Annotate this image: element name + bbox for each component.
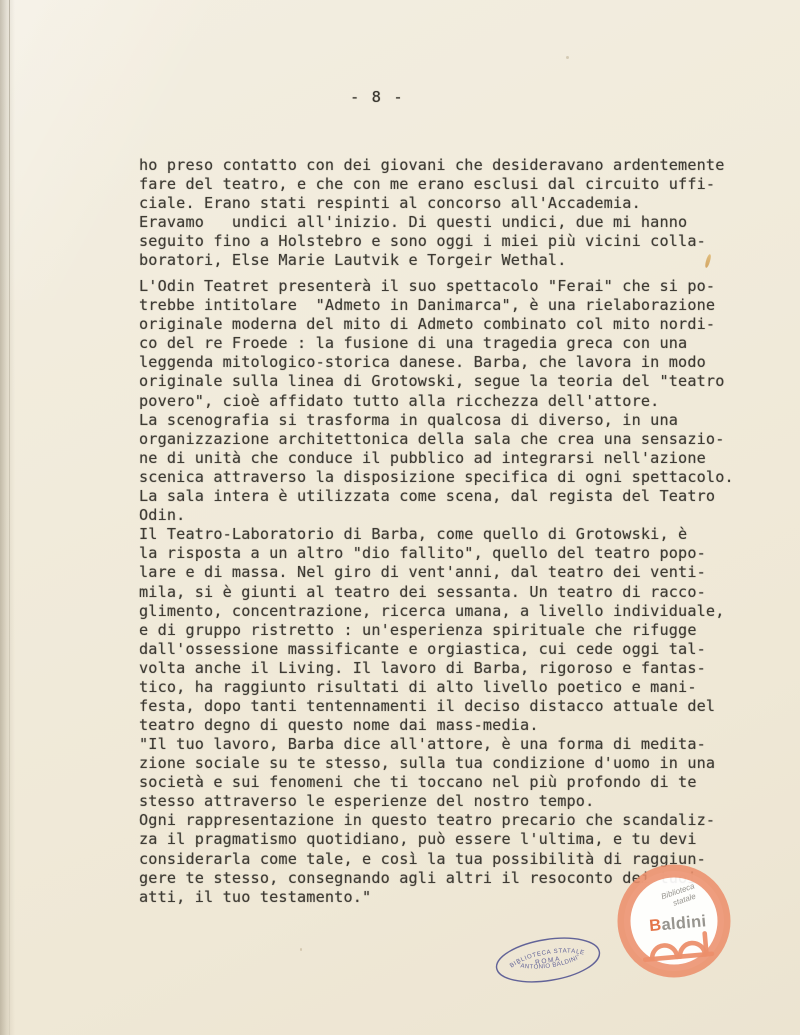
text-line: La scenografia si trasforma in qualcosa … <box>139 411 759 430</box>
text-line: seguito fino a Holstebro e sono oggi i m… <box>139 232 759 251</box>
baldini-library-logo: Biblioteca statale Baldini <box>616 863 733 980</box>
paper-crease <box>9 0 10 1035</box>
text-line: ne di unità che conduce il pubblico ad i… <box>139 449 759 468</box>
text-line: dall'ossessione massificante e orgiastic… <box>139 640 759 659</box>
text-line: società e sui fenomeni che ti toccano ne… <box>139 773 759 792</box>
text-line: originale sulla linea di Grotowski, segu… <box>139 372 759 391</box>
ink-speck <box>300 948 302 951</box>
text-line: leggenda mitologico-storica danese. Barb… <box>139 353 759 372</box>
text-line: fare del teatro, e che con me erano escl… <box>139 175 759 194</box>
text-line: organizzazione architettonica della sala… <box>139 430 759 449</box>
text-line: originale moderna del mito di Admeto com… <box>139 315 759 334</box>
text-line: Il Teatro-Laboratorio di Barba, come que… <box>139 525 759 544</box>
text-line: boratori, Else Marie Lautvik e Torgeir W… <box>139 251 759 270</box>
ink-speck <box>566 56 569 59</box>
text-line: glimento, concentrazione, ricerca umana,… <box>139 602 759 621</box>
text-line: festa, dopo tanti tentennamenti il decis… <box>139 697 759 716</box>
text-line: lare e di massa. Nel giro di vent'anni, … <box>139 563 759 582</box>
paragraph-1: ho preso contatto con dei giovani che de… <box>139 156 759 271</box>
text-line: tico, ha raggiunto risultati di alto liv… <box>139 678 759 697</box>
text-line: scenica attraverso la disposizione speci… <box>139 468 759 487</box>
paragraph-2: L'Odin Teatret presenterà il suo spettac… <box>139 277 759 735</box>
text-line: "Il tuo lavoro, Barba dice all'attore, è… <box>139 735 759 754</box>
text-line: stesso attraverso le esperienze del nost… <box>139 792 759 811</box>
library-stamp: BIBLIOTECA STATALE ROMA "ANTONIO BALDINI… <box>489 927 607 993</box>
text-line: zione sociale su te stesso, sulla tua co… <box>139 754 759 773</box>
text-line: Ogni rappresentazione in questo teatro p… <box>139 811 759 830</box>
text-line: la risposta a un altro "dio fallito", qu… <box>139 544 759 563</box>
text-line: e di gruppo ristretto : un'esperienza sp… <box>139 621 759 640</box>
text-line: Odin. <box>139 506 759 525</box>
text-line: povero", cioè affidato tutto alla ricche… <box>139 392 759 411</box>
text-line: mila, si è giunti al teatro dei sessanta… <box>139 583 759 602</box>
text-line: Eravamo undici all'inizio. Di questi und… <box>139 213 759 232</box>
text-line: za il pragmatismo quotidiano, può essere… <box>139 830 759 849</box>
text-line: L'Odin Teatret presenterà il suo spettac… <box>139 277 759 296</box>
ink-speck <box>179 500 181 502</box>
text-line: co del re Froede : la fusione di una tra… <box>139 334 759 353</box>
text-line: trebbe intitolare "Admeto in Danimarca",… <box>139 296 759 315</box>
page-number: - 8 - <box>350 88 404 106</box>
text-line: teatro degno di questo nome dai mass-med… <box>139 716 759 735</box>
text-line: ho preso contatto con dei giovani che de… <box>139 156 759 175</box>
scanned-page: - 8 - ho preso contatto con dei giovani … <box>0 0 800 1035</box>
text-line: ciale. Erano stati respinti al concorso … <box>139 194 759 213</box>
text-line: La sala intera è utilizzata come scena, … <box>139 487 759 506</box>
text-line: volta anche il Living. Il lavoro di Barb… <box>139 659 759 678</box>
paper-edge-shadow <box>0 0 15 1035</box>
